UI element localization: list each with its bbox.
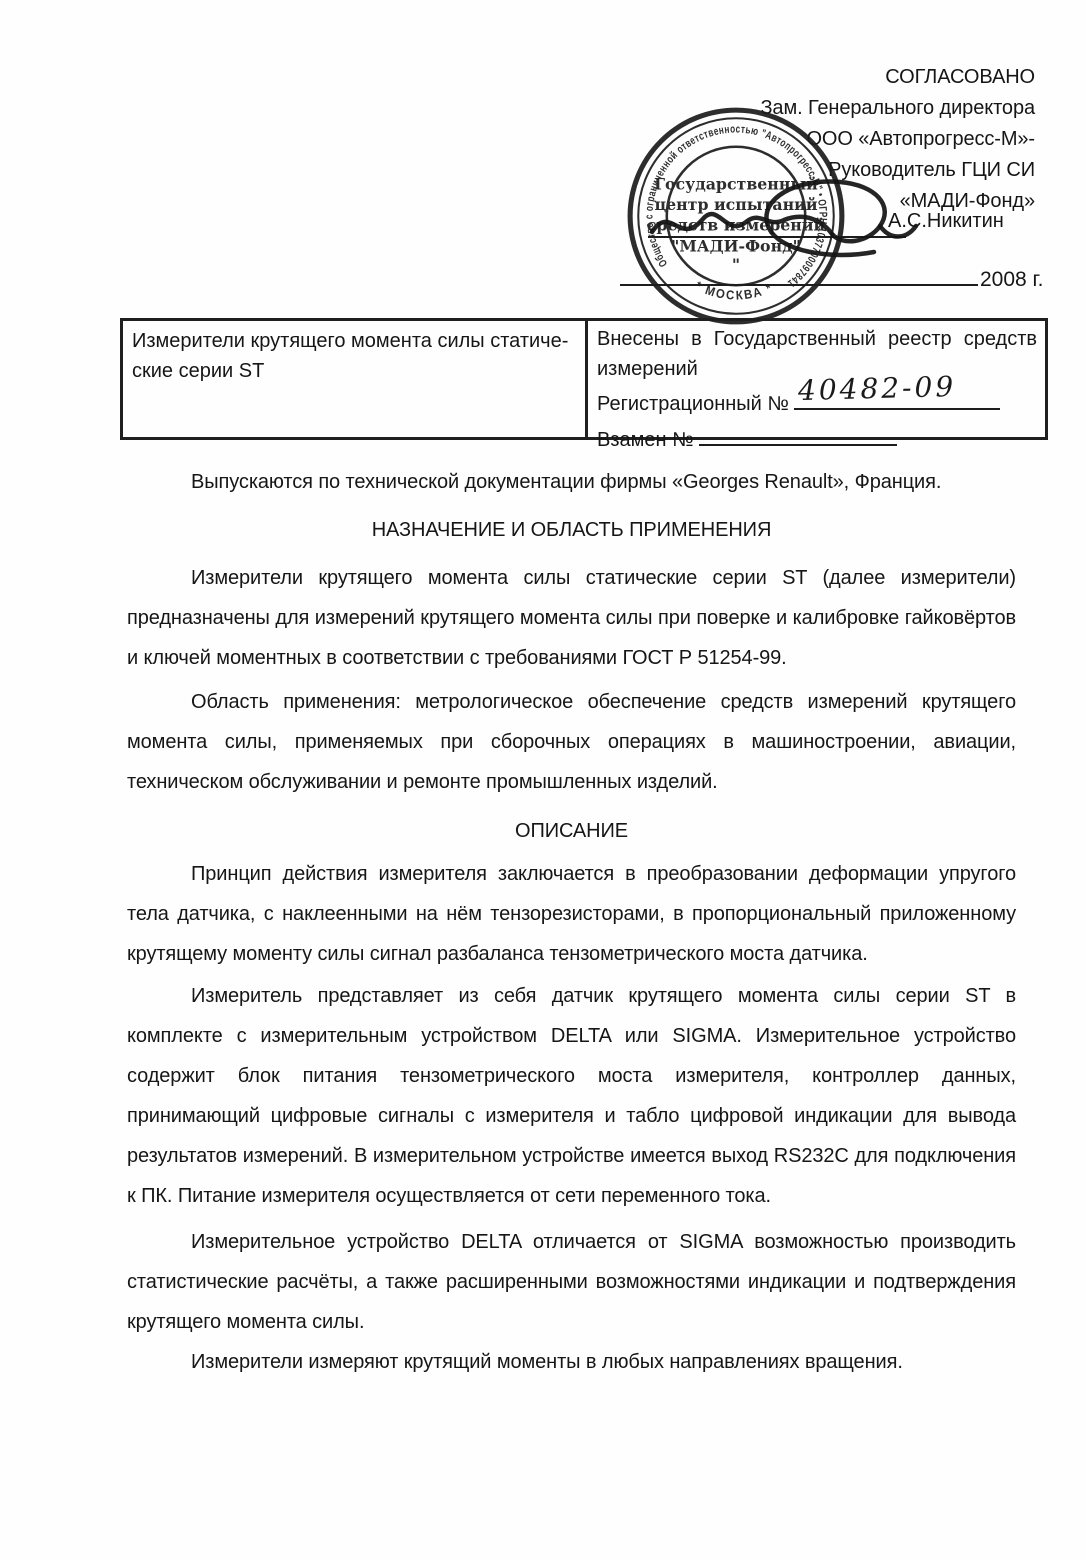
- paragraph-purpose: Измерители крутящего момента силы статич…: [127, 558, 1016, 678]
- replaces-label: Взамен №: [597, 429, 694, 451]
- registration-number-field: 40482-09: [794, 384, 1000, 410]
- registration-row: Регистрационный № 40482-09: [597, 384, 1037, 420]
- manufacturer-note: Выпускаются по технической документации …: [127, 462, 1016, 502]
- registry-info-cell: Внесены в Государственный реестр средств…: [588, 321, 1045, 437]
- paragraph-application-area: Область применения: метрологическое обес…: [127, 682, 1016, 802]
- registry-table: Измерители крутящего момента силы статич…: [120, 318, 1048, 440]
- stamp-city-text: * МОСКВА *: [693, 278, 776, 303]
- replaces-row: Взамен №: [597, 420, 1037, 456]
- signature-scribble: [618, 168, 1028, 273]
- paragraph-delta-vs-sigma: Измерительное устройство DELTA отличаетс…: [127, 1222, 1016, 1342]
- paragraph-rotation-directions: Измерители измеряют крутящий моменты в л…: [127, 1342, 1016, 1382]
- section-title-purpose: НАЗНАЧЕНИЕ И ОБЛАСТЬ ПРИМЕНЕНИЯ: [127, 502, 1016, 558]
- document-page: СОГЛАСОВАНО Зам. Генерального директора …: [0, 0, 1086, 1560]
- section-title-description: ОПИСАНИЕ: [127, 802, 1016, 854]
- approved-label: СОГЛАСОВАНО: [760, 62, 1035, 93]
- device-name-cell: Измерители крутящего момента силы статич…: [123, 321, 588, 437]
- signature-zigzag-stroke: [652, 214, 832, 234]
- replaces-number-field: [699, 420, 897, 446]
- registration-label: Регистрационный №: [597, 393, 789, 415]
- registration-number-handwritten: 40482-09: [798, 372, 957, 406]
- paragraph-kit: Измеритель представляет из себя датчик к…: [127, 976, 1016, 1216]
- stamp-bottom-text-holder: * МОСКВА *: [693, 278, 776, 303]
- signature-tail-stroke: [880, 226, 916, 237]
- paragraph-principle: Принцип действия измерителя заключается …: [127, 854, 1016, 974]
- document-body: Выпускаются по технической документации …: [127, 462, 1016, 1382]
